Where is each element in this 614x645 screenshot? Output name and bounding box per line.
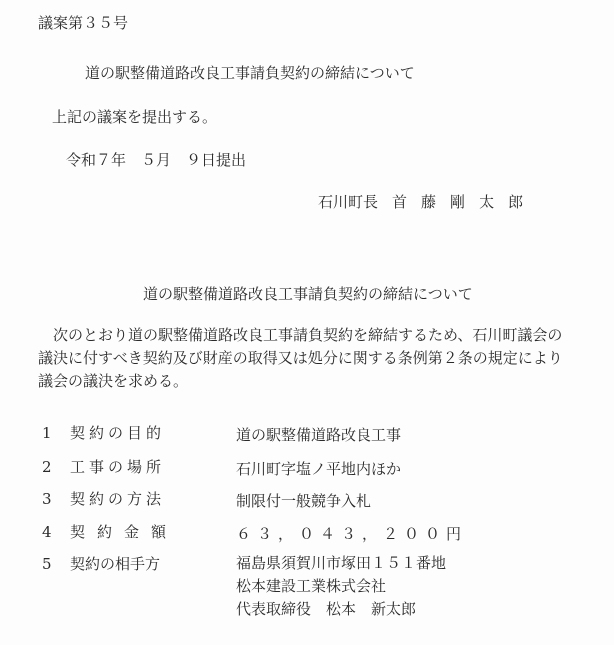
item-value-line: 制限付一般競争入札 [236,490,371,513]
submitter-name-char: 太 [479,193,494,211]
submitter-position: 石川町長 [318,193,378,211]
document-title: 道の駅整備道路改良工事請負契約の締結について [85,64,415,82]
item-value: 福島県須賀川市塚田１５１番地 松本建設工業株式会社 代表取締役 松本 新太郎 [236,552,446,621]
body-line: 次のとおり道の駅整備道路改良工事請負契約を締結するため、石川町議会の [38,324,598,347]
item-value: 道の駅整備道路改良工事 [236,424,401,447]
body-line: 議会の議決を求める。 [38,370,598,393]
item-label: 契約金額 [70,523,178,541]
body-line: 議決に付すべき契約及び財産の取得又は処分に関する条例第２条の規定により [38,347,598,370]
submitter-name-char: 首 [392,193,407,211]
submitter-name-char: 剛 [450,193,465,211]
item-value: 石川町字塩ノ平地内ほか [236,458,401,481]
item-value-line: 石川町字塩ノ平地内ほか [236,458,401,481]
item-number: 2 [42,458,54,476]
submission-statement: 上記の議案を提出する。 [52,108,217,126]
item-value-line: ６３，０４３，２００円 [236,523,467,546]
item-value: 制限付一般競争入札 [236,490,371,513]
bill-number: 議案第３５号 [38,14,128,32]
item-value-line: 松本建設工業株式会社 [236,575,446,598]
item-number: 3 [42,490,54,508]
body-paragraph: 次のとおり道の駅整備道路改良工事請負契約を締結するため、石川町議会の 議決に付す… [38,324,598,393]
item-label: 契約の方法 [70,490,165,508]
submitter-name-char: 藤 [421,193,436,211]
item-label: 契約の目的 [70,424,165,442]
item-value-line: 道の駅整備道路改良工事 [236,424,401,447]
item-value: ６３，０４３，２００円 [236,523,467,546]
item-label: 契約の相手方 [70,555,160,573]
item-value-line: 代表取締役 松本 新太郎 [236,598,446,621]
submitter-name-char: 郎 [508,193,523,211]
section-title: 道の駅整備道路改良工事請負契約の締結について [143,285,473,303]
submission-date: 令和７年 ５月 ９日提出 [66,151,246,169]
item-number: 4 [42,523,54,541]
item-number: 5 [42,555,54,573]
item-value-line: 福島県須賀川市塚田１５１番地 [236,552,446,575]
item-label: 工事の場所 [70,458,165,476]
submitter-signature: 石川町長首藤剛太郎 [318,193,523,211]
item-number: 1 [42,424,54,442]
